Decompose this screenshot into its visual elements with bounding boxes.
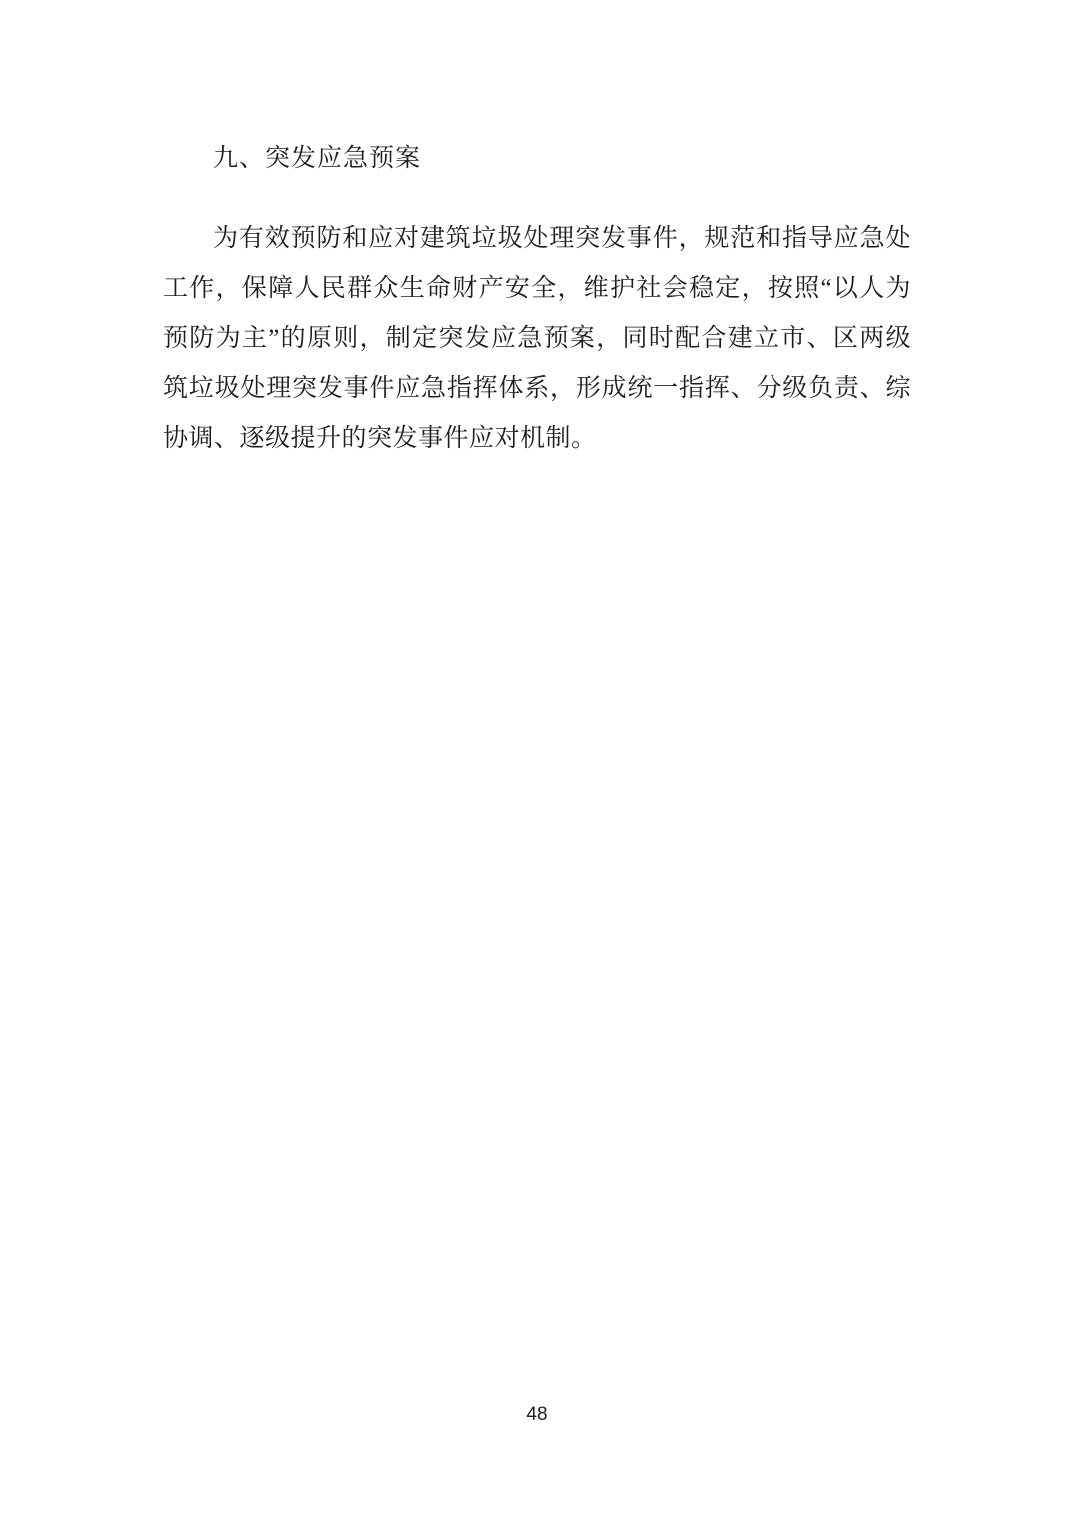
paragraph-line: 预防为主”的原则，制定突发应急预案，同时配合建立市、区两级建 (163, 314, 911, 364)
body-paragraph: 为有效预防和应对建筑垃圾处理突发事件，规范和指导应急处理 工作，保障人民群众生命… (163, 214, 911, 464)
document-body: 九、突发应急预案 为有效预防和应对建筑垃圾处理突发事件，规范和指导应急处理 工作… (163, 144, 911, 464)
paragraph-line: 为有效预防和应对建筑垃圾处理突发事件，规范和指导应急处理 (163, 214, 911, 264)
paragraph-line: 协调、逐级提升的突发事件应对机制。 (163, 414, 911, 464)
paragraph-line: 筑垃圾处理突发事件应急指挥体系，形成统一指挥、分级负责、综合 (163, 364, 911, 414)
page-number: 48 (0, 1403, 1074, 1427)
document-page: 九、突发应急预案 为有效预防和应对建筑垃圾处理突发事件，规范和指导应急处理 工作… (0, 0, 1074, 1520)
paragraph-line: 工作，保障人民群众生命财产安全，维护社会稳定，按照“以人为本， (163, 264, 911, 314)
section-heading: 九、突发应急预案 (163, 144, 911, 174)
